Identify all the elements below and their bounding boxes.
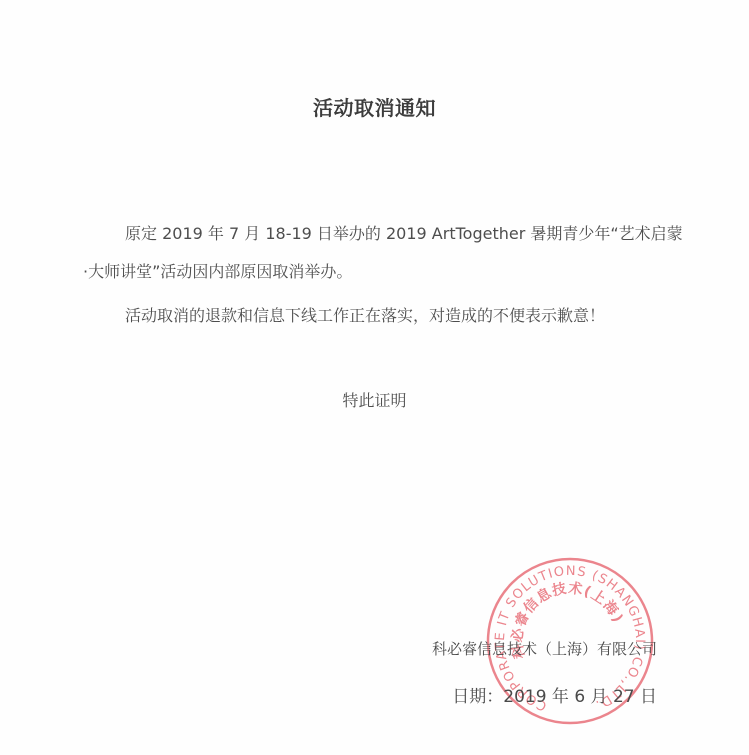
signature-date: 日期：2019 年 6 月 27 日 xyxy=(452,682,657,707)
document-title: 活动取消通知 xyxy=(0,92,749,121)
certify-statement: 特此证明 xyxy=(0,388,749,411)
paragraph-cancellation: 原定 2019 年 7 月 18-19 日举办的 2019 ArtTogethe… xyxy=(83,215,683,291)
document-page: 活动取消通知 原定 2019 年 7 月 18-19 日举办的 2019 Art… xyxy=(0,0,749,755)
paragraph-apology: 活动取消的退款和信息下线工作正在落实，对造成的不便表示歉意！ xyxy=(83,297,683,335)
company-name: 科必睿信息技术（上海）有限公司 xyxy=(432,638,657,659)
